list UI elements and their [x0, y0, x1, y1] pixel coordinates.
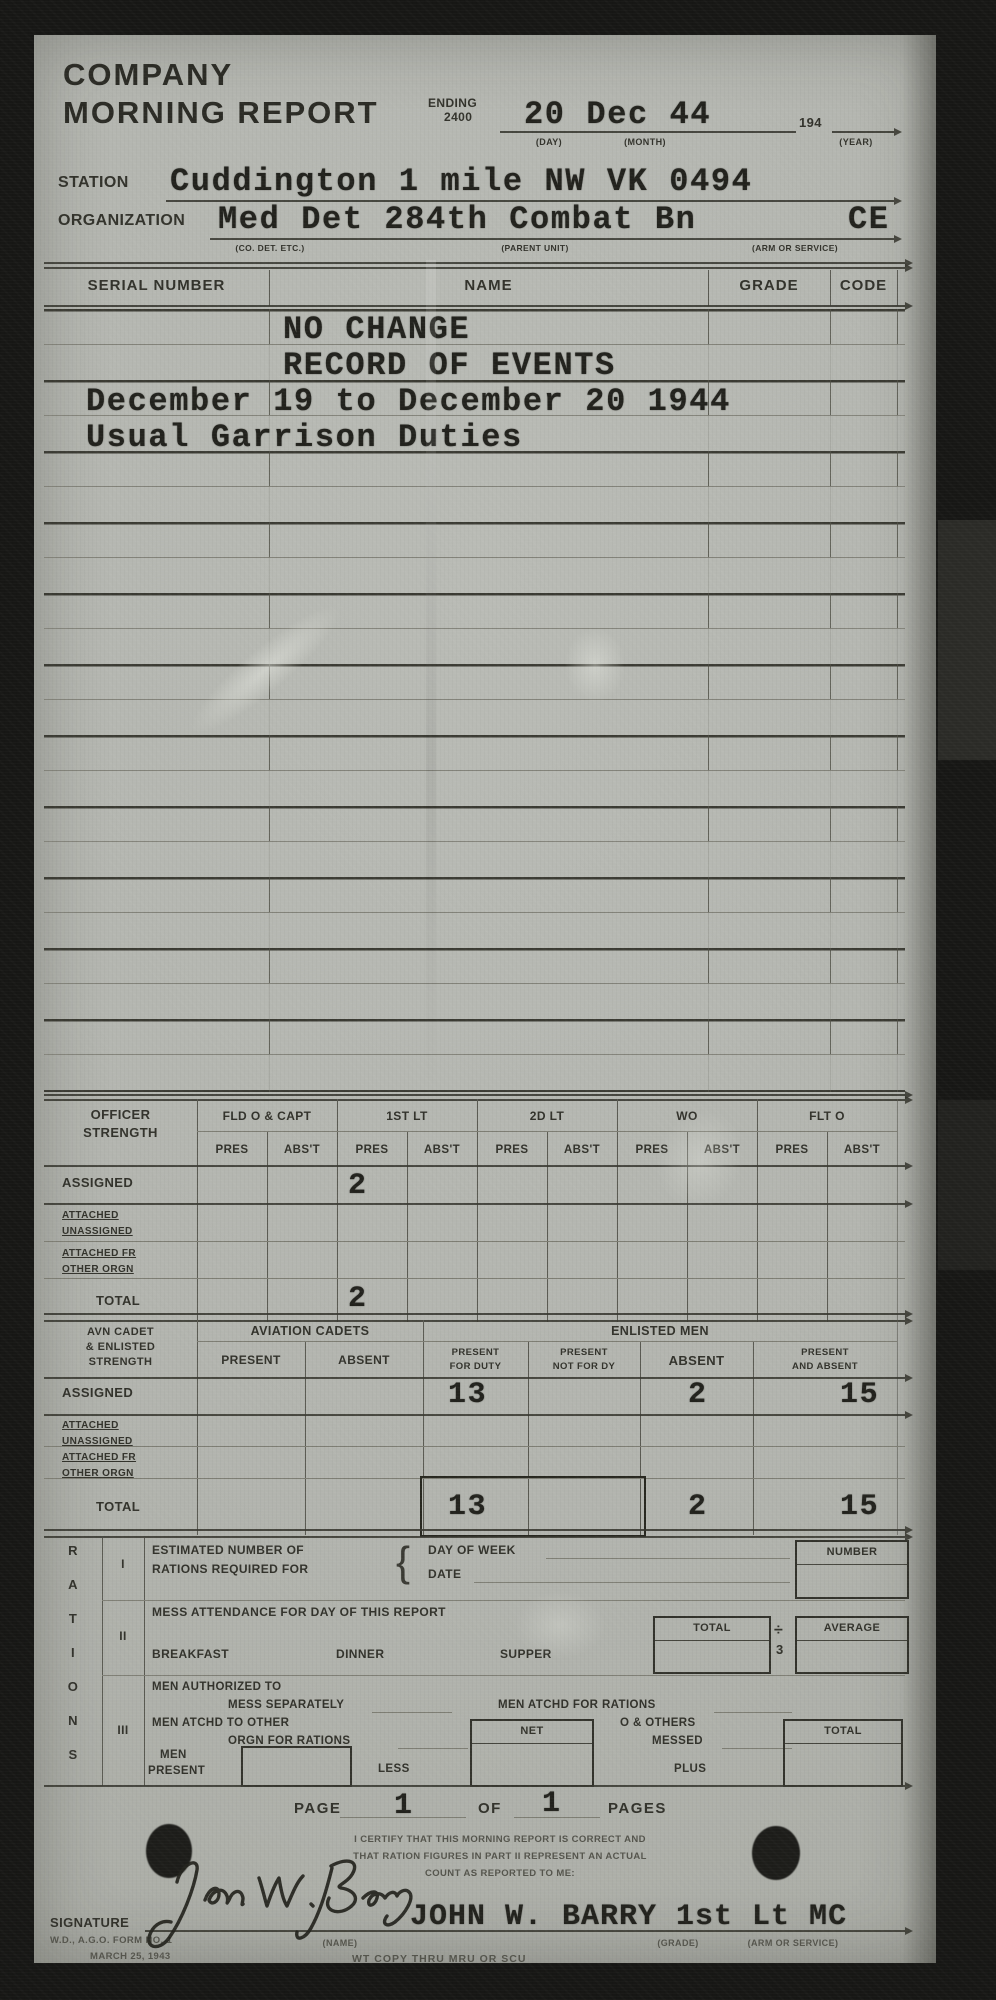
enlisted-total-absent: 2 — [688, 1492, 708, 1522]
rule-line — [44, 1536, 905, 1538]
mess-total-label: TOTAL — [655, 1618, 769, 1641]
row-label-assigned: ASSIGNED — [62, 1386, 133, 1401]
officer-strength-label: STRENGTH — [44, 1126, 197, 1141]
plus-label: PLUS — [674, 1763, 706, 1776]
pages-total: 1 — [542, 1789, 562, 1819]
rations-numeral-ii: II — [102, 1630, 144, 1643]
rule-line — [44, 1414, 905, 1416]
row-label-attached-fr: OTHER ORGN — [62, 1264, 134, 1275]
enlisted-strength-label: STRENGTH — [44, 1356, 197, 1368]
rations-letter: A — [44, 1578, 102, 1593]
rations-est-line1: ESTIMATED NUMBER OF — [152, 1544, 304, 1557]
number-box: NUMBER — [795, 1540, 909, 1599]
roster-col-name: NAME — [269, 278, 708, 295]
abst-header: ABS'T — [267, 1144, 337, 1157]
organization-label: ORGANIZATION — [58, 212, 185, 230]
column-divider — [269, 270, 270, 306]
column-divider — [708, 309, 709, 1092]
page-number: 1 — [394, 1791, 414, 1821]
rations-letter: O — [44, 1680, 102, 1695]
rations-divider — [102, 1538, 103, 1786]
enlisted-total-pfd: 13 — [448, 1492, 487, 1522]
signature-typed-name: JOHN W. BARRY 1st Lt MC — [410, 1902, 847, 1932]
rule-line — [714, 1712, 792, 1713]
rule-line — [44, 1165, 905, 1167]
messed-label: MESSED — [652, 1735, 703, 1748]
less-label: LESS — [378, 1763, 410, 1776]
rations-numeral-i: I — [102, 1558, 144, 1571]
rule-line — [44, 1446, 905, 1447]
column-divider — [897, 309, 898, 1092]
form-title-line2: MORNING REPORT — [63, 96, 379, 131]
rule-line — [722, 1748, 792, 1749]
row-label-total: TOTAL — [96, 1500, 140, 1515]
abst-header: ABS'T — [827, 1144, 897, 1157]
enlisted-total-pa: 15 — [840, 1492, 879, 1522]
o-others-label: O & OTHERS — [620, 1717, 696, 1730]
arm-service-label: (ARM OR SERVICE) — [718, 1938, 868, 1948]
scan-border-right — [936, 0, 996, 2000]
handwritten-signature: John W. Barry — [135, 1848, 455, 1960]
men-label: MEN — [160, 1749, 187, 1762]
ending-label: ENDING — [428, 97, 477, 110]
page-edge-shadow — [902, 35, 936, 1963]
year-label: (YEAR) — [826, 137, 886, 147]
rule-line — [44, 267, 905, 269]
officer-group-header: 1ST LT — [337, 1110, 477, 1123]
roster-col-code: CODE — [830, 278, 897, 295]
enlisted-strength-label: AVN CADET — [44, 1326, 197, 1338]
enlisted-assigned-pfd: 13 — [448, 1380, 487, 1410]
col-present-for-duty: PRESENT — [423, 1348, 528, 1359]
signature-label: SIGNATURE — [50, 1916, 129, 1931]
abst-header: ABS'T — [687, 1144, 757, 1157]
pres-header: PRES — [337, 1144, 407, 1157]
roster-entry: Usual Garrison Duties — [86, 422, 523, 454]
table-divider — [757, 1099, 758, 1322]
col-present-and-absent: AND ABSENT — [753, 1362, 897, 1373]
enlisted-assigned-pa: 15 — [840, 1380, 879, 1410]
rule-line — [197, 1131, 897, 1132]
officer-total-1st-lt-pres: 2 — [348, 1284, 368, 1314]
roster-col-serial: SERIAL NUMBER — [44, 278, 269, 295]
certification-line: I CERTIFY THAT THIS MORNING REPORT IS CO… — [250, 1831, 750, 1848]
mess-separately-label: MESS SEPARATELY — [228, 1699, 344, 1712]
table-divider — [267, 1131, 268, 1322]
pres-header: PRES — [477, 1144, 547, 1157]
table-divider — [477, 1099, 478, 1322]
rations-total-box: TOTAL — [783, 1719, 903, 1787]
scan-edge-artifact — [938, 520, 996, 760]
col-absent-enlisted: ABSENT — [640, 1354, 753, 1369]
men-atchd-other-label: MEN ATCHD TO OTHER — [152, 1717, 289, 1730]
table-divider — [197, 1320, 198, 1535]
rule-line — [832, 131, 894, 133]
rule-line — [44, 1203, 905, 1205]
roster-entry: NO CHANGE — [283, 314, 470, 346]
officer-group-header: FLT O — [757, 1110, 897, 1123]
rule-line — [44, 1241, 905, 1242]
row-label-attached-unassigned: UNASSIGNED — [62, 1226, 133, 1237]
rule-line — [44, 262, 905, 264]
rule-line — [546, 1558, 790, 1559]
month-label: (MONTH) — [610, 137, 680, 147]
officer-strength-label: OFFICER — [44, 1108, 197, 1123]
table-divider — [617, 1099, 618, 1322]
organization-value: Med Det 284th Combat Bn — [218, 204, 696, 236]
rations-total-label: TOTAL — [785, 1721, 901, 1744]
column-divider — [708, 270, 709, 306]
row-label-attached-unassigned: ATTACHED — [62, 1420, 119, 1431]
station-value: Cuddington 1 mile NW VK 0494 — [170, 166, 753, 198]
enlisted-strength-label: & ENLISTED — [44, 1341, 197, 1353]
rations-letter: S — [44, 1748, 102, 1763]
brace-glyph: { — [396, 1538, 410, 1585]
rations-numeral-iii: III — [102, 1724, 144, 1737]
men-atchd-rations-label: MEN ATCHD FOR RATIONS — [498, 1699, 656, 1712]
average-box: AVERAGE — [795, 1616, 909, 1674]
rations-letter: R — [44, 1544, 102, 1559]
rule-line — [44, 1785, 905, 1787]
row-label-attached-fr: ATTACHED FR — [62, 1452, 136, 1463]
col-present-not-for-duty: NOT FOR DY — [528, 1362, 640, 1373]
co-det-label: (CO. DET. ETC.) — [215, 244, 325, 254]
rule-line — [102, 1600, 905, 1601]
men-authorized-label: MEN AUTHORIZED TO — [152, 1681, 281, 1694]
present-label: PRESENT — [148, 1765, 205, 1778]
col-present-for-duty: FOR DUTY — [423, 1362, 528, 1373]
rations-letter: T — [44, 1612, 102, 1627]
scan-border-bottom — [0, 1963, 996, 2000]
col-present: PRESENT — [197, 1354, 305, 1367]
rule-line — [44, 1320, 905, 1322]
mess-total-box: TOTAL — [653, 1616, 771, 1674]
day-of-week-label: DAY OF WEEK — [428, 1544, 516, 1557]
number-box-label: NUMBER — [797, 1542, 907, 1565]
row-label-attached-unassigned: ATTACHED — [62, 1210, 119, 1221]
breakfast-label: BREAKFAST — [152, 1648, 229, 1661]
punch-hole — [752, 1826, 800, 1880]
table-divider — [197, 1099, 198, 1322]
rations-letter: N — [44, 1714, 102, 1729]
officer-assigned-1st-lt-pres: 2 — [348, 1171, 368, 1201]
rule-line — [398, 1748, 468, 1749]
roster-col-grade: GRADE — [708, 278, 830, 295]
rule-line — [500, 131, 796, 133]
supper-label: SUPPER — [500, 1648, 552, 1661]
enlisted-assigned-absent: 2 — [688, 1380, 708, 1410]
table-divider — [305, 1342, 306, 1535]
dinner-label: DINNER — [336, 1648, 384, 1661]
scan-border-top — [0, 0, 996, 35]
day-label: (DAY) — [524, 137, 574, 147]
date-label: DATE — [428, 1568, 461, 1581]
report-date-value: 20 Dec 44 — [524, 99, 711, 131]
scan-edge-artifact — [938, 1100, 996, 1270]
pres-header: PRES — [617, 1144, 687, 1157]
ending-time: 2400 — [444, 111, 472, 124]
scan-border-left — [0, 0, 34, 2000]
rule-line — [210, 238, 894, 240]
form-title-line1: COMPANY — [63, 58, 233, 93]
abst-header: ABS'T — [407, 1144, 477, 1157]
pres-header: PRES — [197, 1144, 267, 1157]
arm-service-value: CE — [848, 204, 890, 236]
rule-line — [44, 1094, 905, 1096]
rule-line — [44, 1099, 905, 1101]
col-present-and-absent: PRESENT — [753, 1348, 897, 1359]
table-divider — [407, 1131, 408, 1322]
rule-line — [44, 1278, 905, 1279]
men-present-box — [241, 1746, 352, 1787]
col-present-not-for-duty: PRESENT — [528, 1348, 640, 1359]
abst-header: ABS'T — [547, 1144, 617, 1157]
column-divider — [830, 270, 831, 306]
officer-group-header: 2D LT — [477, 1110, 617, 1123]
row-label-attached-fr: ATTACHED FR — [62, 1248, 136, 1259]
year-prefix: 194 — [799, 116, 822, 131]
rations-letter: I — [44, 1646, 102, 1661]
roster-entry: December 19 to December 20 1944 — [86, 386, 731, 418]
pages-label: PAGES — [608, 1801, 667, 1818]
pres-header: PRES — [757, 1144, 827, 1157]
grade-label: (GRADE) — [648, 1938, 708, 1948]
table-divider — [337, 1099, 338, 1322]
officer-group-header: FLD O & CAPT — [197, 1110, 337, 1123]
net-box: NET — [470, 1719, 594, 1787]
table-divider — [897, 1099, 898, 1322]
roster-entry: RECORD OF EVENTS — [283, 350, 616, 382]
average-label: AVERAGE — [797, 1618, 907, 1641]
net-label: NET — [472, 1721, 592, 1744]
row-label-assigned: ASSIGNED — [62, 1176, 133, 1191]
row-label-total: TOTAL — [96, 1294, 140, 1309]
station-label: STATION — [58, 174, 129, 192]
rule-line — [197, 1341, 897, 1342]
table-divider — [547, 1131, 548, 1322]
aviation-cadets-header: AVIATION CADETS — [197, 1324, 423, 1338]
mess-attendance-label: MESS ATTENDANCE FOR DAY OF THIS REPORT — [152, 1606, 446, 1619]
page-label: PAGE — [294, 1801, 341, 1818]
table-divider — [897, 1320, 898, 1535]
divisor: 3 — [776, 1643, 784, 1658]
rule-line — [44, 1529, 905, 1531]
table-divider — [827, 1131, 828, 1322]
rations-divider — [144, 1538, 145, 1786]
rule-line — [102, 1675, 905, 1676]
table-divider — [687, 1131, 688, 1322]
officer-group-header: WO — [617, 1110, 757, 1123]
col-absent: ABSENT — [305, 1354, 423, 1367]
morning-report-scan: COMPANY MORNING REPORT ENDING 2400 20 De… — [0, 0, 996, 2000]
parent-unit-label: (PARENT UNIT) — [475, 244, 595, 254]
column-divider — [897, 270, 898, 306]
divide-sign: ÷ — [774, 1622, 783, 1640]
column-divider — [830, 309, 831, 1092]
rule-line — [44, 1313, 905, 1315]
rule-line — [372, 1712, 452, 1713]
enlisted-men-header: ENLISTED MEN — [423, 1324, 897, 1338]
of-label: OF — [478, 1801, 502, 1818]
rule-line — [474, 1582, 790, 1583]
arm-or-service-label: (ARM OR SERVICE) — [725, 244, 865, 254]
rations-est-line2: RATIONS REQUIRED FOR — [152, 1563, 308, 1576]
rule-line — [44, 305, 905, 307]
